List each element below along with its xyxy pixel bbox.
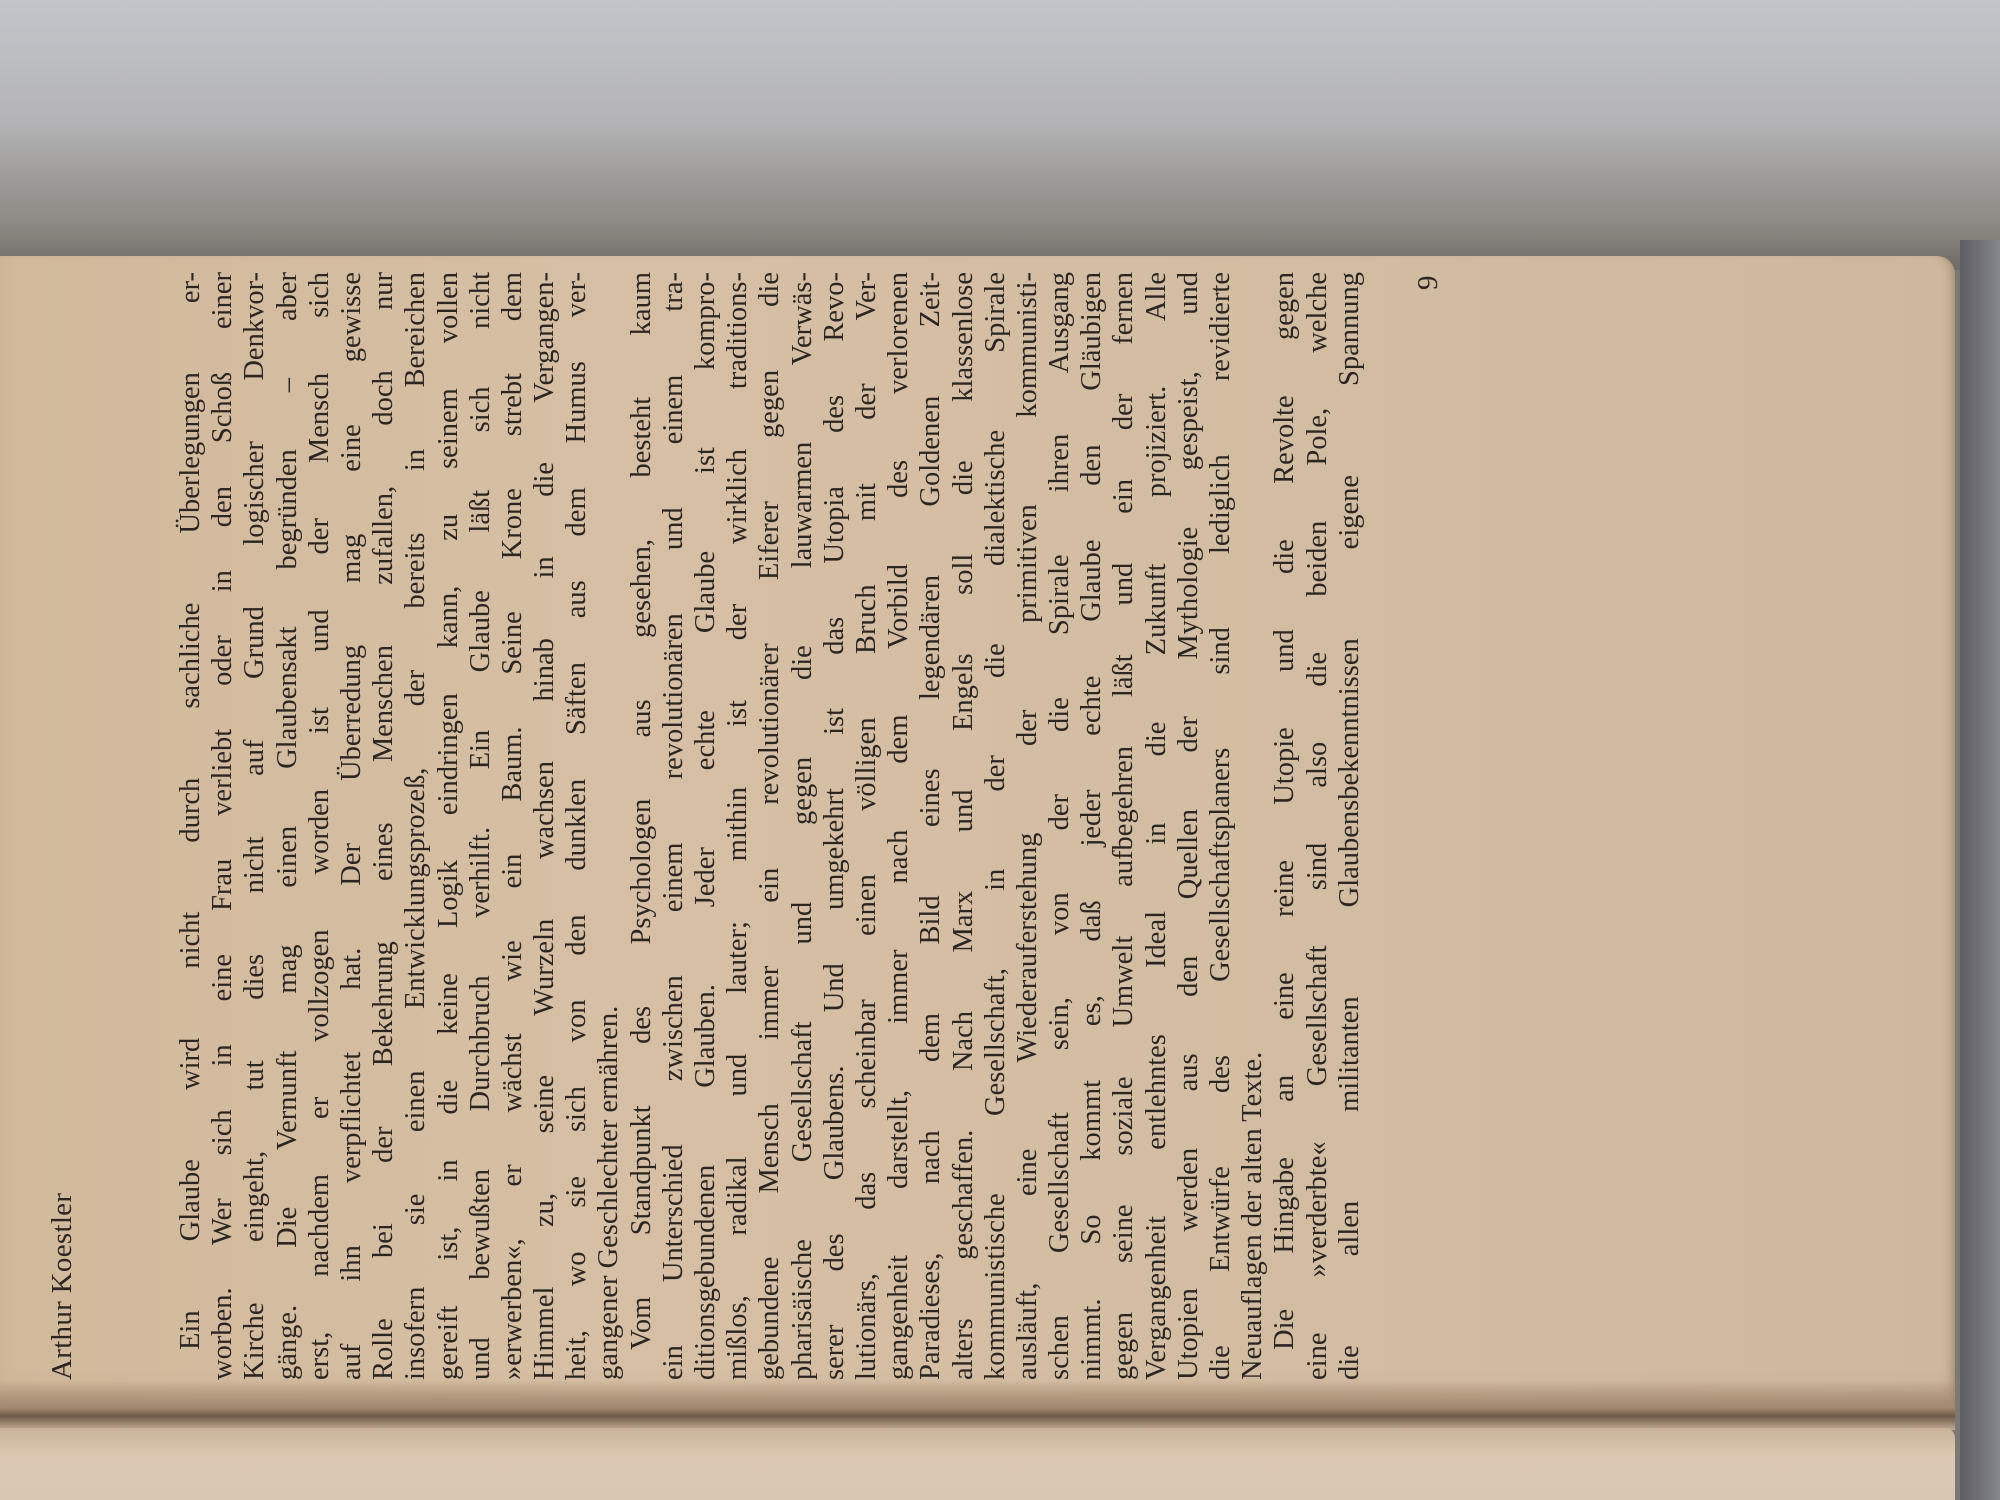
text-line: gangenheit darstellt, immer nach dem Vor…	[883, 272, 915, 1380]
text-line: Vom Standpunkt des Psychologen aus geseh…	[626, 272, 658, 1380]
running-head: Arthur Koestler	[46, 1193, 79, 1380]
text-line: ditionsgebundenen Glauben. Jeder echte G…	[690, 272, 722, 1380]
text-line: Kirche eingeht, tut dies nicht auf Grund…	[239, 272, 271, 1380]
text-line: Neuauflagen der alten Texte.	[1237, 272, 1269, 1380]
text-line: gereift ist, in die keine Logik eindring…	[433, 272, 465, 1380]
text-line: worben. Wer sich in eine Frau verliebt o…	[207, 272, 239, 1380]
text-line: »erwerben«, er wächst wie ein Baum. Sein…	[497, 272, 529, 1380]
text-line: insofern sie einen Entwicklungsprozeß, d…	[400, 272, 432, 1380]
text-line: erst, nachdem er vollzogen worden ist un…	[304, 272, 336, 1380]
text-line: und bewußten Durchbruch verhilft. Ein Gl…	[465, 272, 497, 1380]
text-line: Utopien werden aus den Quellen der Mytho…	[1173, 272, 1205, 1380]
text-line: gegen seine soziale Umwelt aufbegehren l…	[1108, 272, 1140, 1380]
text-line: ein Unterschied zwischen einem revolutio…	[658, 272, 690, 1380]
text-line: eine »verderbte« Gesellschaft sind also …	[1302, 272, 1334, 1380]
backdrop-surface	[0, 0, 2000, 270]
body-text: Ein Glaube wird nicht durch sachliche Üb…	[175, 272, 1366, 1380]
page-gutter-shadow	[0, 1380, 1955, 1430]
text-line: Rolle bei der Bekehrung eines Menschen z…	[368, 272, 400, 1380]
text-line: pharisäische Gesellschaft und gegen die …	[787, 272, 819, 1380]
text-line: lutionärs, das scheinbar einen völligen …	[851, 272, 883, 1380]
text-line: Ein Glaube wird nicht durch sachliche Üb…	[175, 272, 207, 1380]
text-line: gebundene Mensch immer ein revolutionäre…	[754, 272, 786, 1380]
text-line: schen Gesellschaft sein, von der die Spi…	[1044, 272, 1076, 1380]
text-line: alters geschaffen. Nach Marx und Engels …	[948, 272, 980, 1380]
text-line: Vergangenheit entlehntes Ideal in die Zu…	[1141, 272, 1173, 1380]
next-page-edge	[0, 1428, 1955, 1500]
text-line: serer des Glaubens. Und umgekehrt ist da…	[819, 272, 851, 1380]
text-line: auf ihn verpflichtet hat. Der Überredung…	[336, 272, 368, 1380]
text-line: ausläuft, eine Wiederauferstehung der pr…	[1012, 272, 1044, 1380]
text-line: Die Hingabe an eine reine Utopie und die…	[1269, 272, 1301, 1380]
page-text-frame: Arthur Koestler Ein Glaube wird nicht du…	[40, 240, 1460, 1380]
text-line: gänge. Die Vernunft mag einen Glaubensak…	[272, 272, 304, 1380]
text-line: Paradieses, nach dem Bild eines legendär…	[915, 272, 947, 1380]
text-line: kommunistische Gesellschaft, in der die …	[980, 272, 1012, 1380]
text-line: mißlos, radikal und lauter; mithin ist d…	[722, 272, 754, 1380]
text-line: die allen militanten Glaubensbekenntniss…	[1334, 272, 1366, 1380]
text-line: nimmt. So kommt es, daß jeder echte Glau…	[1076, 272, 1108, 1380]
text-line: die Entwürfe des Gesellschaftsplaners si…	[1205, 272, 1237, 1380]
page-number: 9	[1412, 276, 1445, 291]
text-line: gangener Geschlechter ernähren.	[593, 272, 625, 1380]
text-line: Himmel zu, seine Wurzeln wachsen hinab i…	[529, 272, 561, 1380]
backdrop-edge	[1960, 240, 2000, 1500]
text-line: heit, wo sie sich von den dunklen Säften…	[561, 272, 593, 1380]
